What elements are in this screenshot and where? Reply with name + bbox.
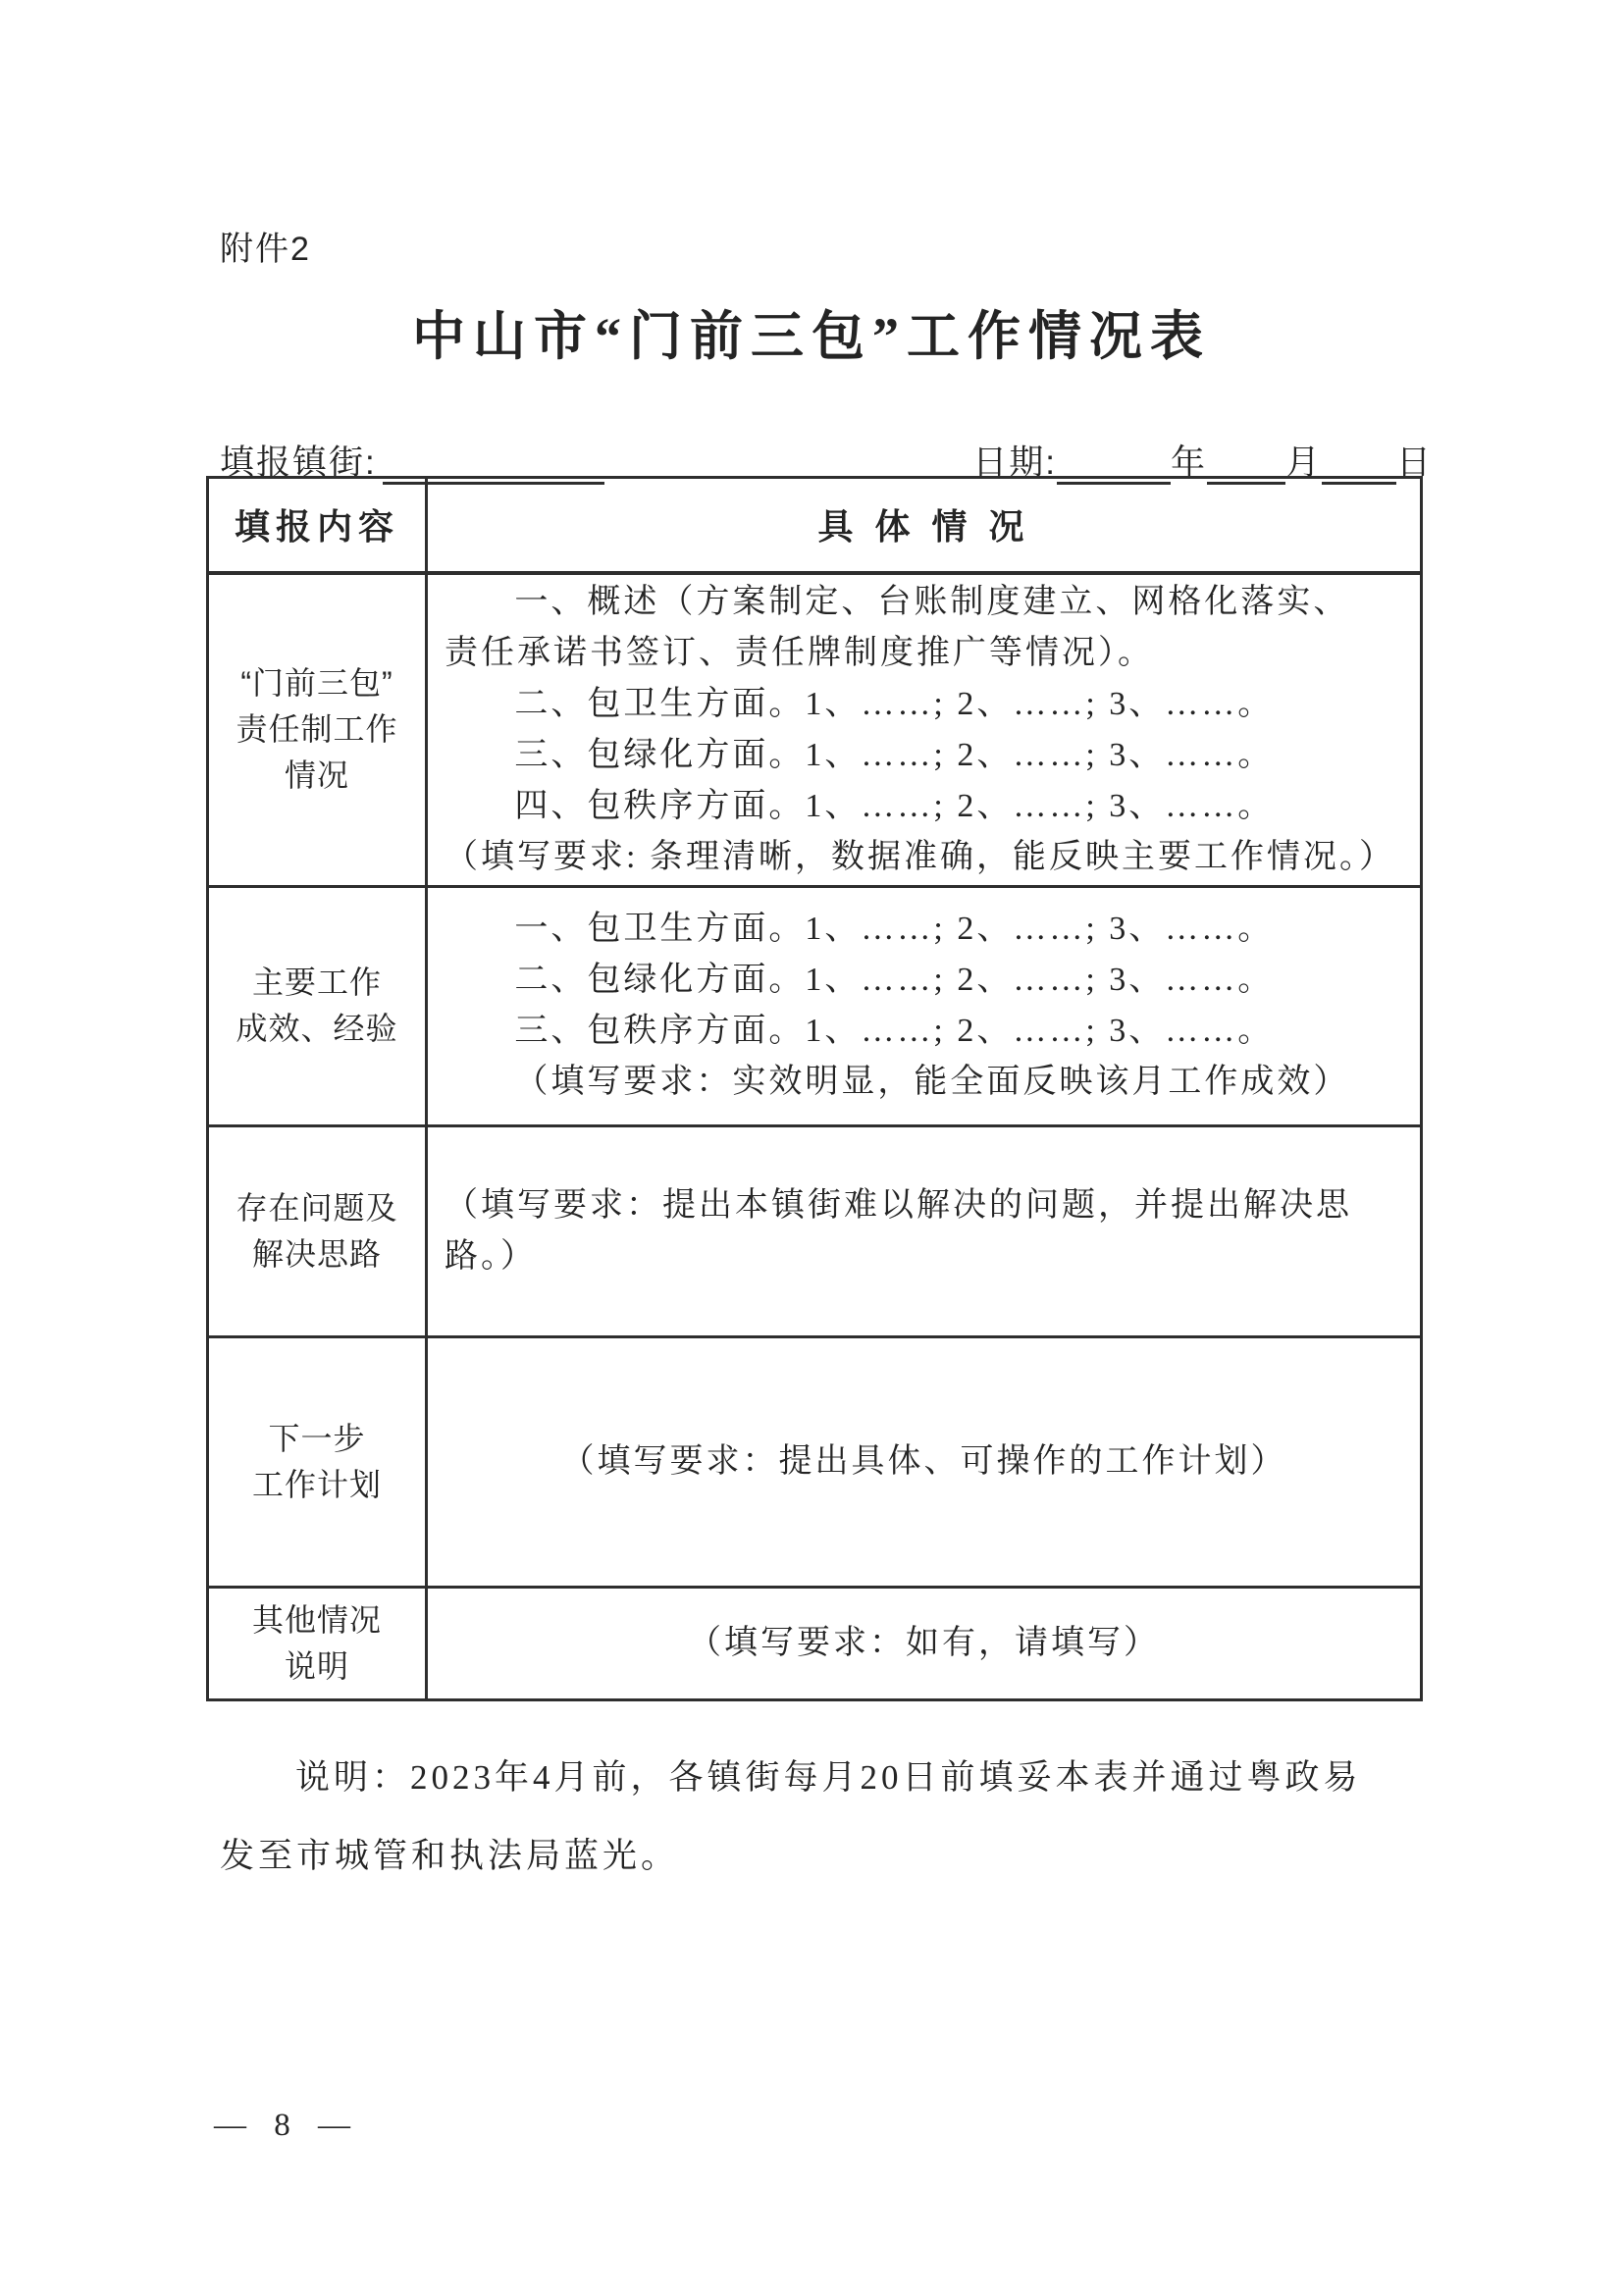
content-line: 二、包卫生方面。1、……; 2、……; 3、……。: [445, 679, 1403, 730]
row-label-line: 解决思路: [215, 1231, 419, 1278]
table-row-problems: 存在问题及 解决思路 （填写要求：提出本镇街难以解决的问题，并提出解决思 路。）: [208, 1125, 1422, 1336]
row-label-line: 责任制工作: [215, 706, 419, 753]
content-line: （填写要求：实效明显，能全面反映该月工作成效）: [445, 1057, 1403, 1108]
footnote-line-1: 说明：2023年4月前，各镇街每月20日前填妥本表并通过粤政易: [220, 1739, 1456, 1817]
content-line: 四、包秩序方面。1、……; 2、……; 3、……。: [445, 781, 1403, 832]
table-row-achievements: 主要工作 成效、经验 一、包卫生方面。1、……; 2、……; 3、……。 二、包…: [208, 886, 1422, 1125]
row-label-line: 工作计划: [215, 1462, 419, 1508]
content-line: （填写要求：如有，请填写）: [445, 1618, 1403, 1669]
row-label-line: 成效、经验: [215, 1006, 419, 1052]
row-label-line: 说明: [215, 1644, 419, 1690]
row-label-cell: “门前三包” 责任制工作 情况: [208, 573, 427, 887]
row-content-cell: （填写要求：如有，请填写）: [427, 1587, 1422, 1699]
content-line: （填写要求：提出具体、可操作的工作计划）: [445, 1436, 1403, 1487]
footnote-line-2: 发至市城管和执法局蓝光。: [220, 1817, 1456, 1896]
content-line: 三、包绿化方面。1、……; 2、……; 3、……。: [445, 730, 1403, 781]
content-line: （填写要求: 条理清晰，数据准确，能反映主要工作情况。）: [445, 832, 1403, 883]
content-line: 一、包卫生方面。1、……; 2、……; 3、……。: [445, 904, 1403, 955]
table-row-responsibility: “门前三包” 责任制工作 情况 一、概述（方案制定、台账制度建立、网格化落实、 …: [208, 573, 1422, 887]
row-label-line: 下一步: [215, 1416, 419, 1462]
row-label-cell: 存在问题及 解决思路: [208, 1125, 427, 1336]
row-content-cell: （填写要求：提出具体、可操作的工作计划）: [427, 1336, 1422, 1587]
row-label-line: 其他情况: [215, 1597, 419, 1644]
document-page: 附件2 中山市“门前三包”工作情况表 填报镇街: 日期: 年 月 日 填报内容 …: [0, 0, 1623, 2296]
content-line: 路。）: [445, 1231, 1403, 1282]
page-number: — 8 —: [214, 2108, 360, 2144]
row-label-cell: 其他情况 说明: [208, 1587, 427, 1699]
table-row-next-steps: 下一步 工作计划 （填写要求：提出具体、可操作的工作计划）: [208, 1336, 1422, 1587]
row-label-line: “门前三包”: [215, 660, 419, 706]
row-content-cell: 一、包卫生方面。1、……; 2、……; 3、……。 二、包绿化方面。1、……; …: [427, 886, 1422, 1125]
content-line: 责任承诺书签订、责任牌制度推广等情况）。: [445, 628, 1403, 679]
page-title: 中山市“门前三包”工作情况表: [0, 294, 1623, 370]
attachment-label: 附件2: [220, 222, 311, 270]
row-label-line: 情况: [215, 753, 419, 799]
table-header-row: 填报内容 具 体 情 况: [208, 478, 1422, 573]
content-line: 三、包秩序方面。1、……; 2、……; 3、……。: [445, 1006, 1403, 1057]
row-label-cell: 下一步 工作计划: [208, 1336, 427, 1587]
content-line: 二、包绿化方面。1、……; 2、……; 3、……。: [445, 955, 1403, 1006]
row-label-line: 主要工作: [215, 960, 419, 1006]
row-content-cell: 一、概述（方案制定、台账制度建立、网格化落实、 责任承诺书签订、责任牌制度推广等…: [427, 573, 1422, 887]
row-content-cell: （填写要求：提出本镇街难以解决的问题，并提出解决思 路。）: [427, 1125, 1422, 1336]
table-row-other: 其他情况 说明 （填写要求：如有，请填写）: [208, 1587, 1422, 1699]
header-col-content: 填报内容: [208, 478, 427, 573]
row-label-cell: 主要工作 成效、经验: [208, 886, 427, 1125]
row-label-line: 存在问题及: [215, 1185, 419, 1231]
header-col-detail: 具 体 情 况: [427, 478, 1422, 573]
report-table: 填报内容 具 体 情 况 “门前三包” 责任制工作 情况 一、概述（方案制定、台…: [206, 476, 1423, 1701]
footnote: 说明：2023年4月前，各镇街每月20日前填妥本表并通过粤政易 发至市城管和执法…: [220, 1739, 1456, 1896]
content-line: （填写要求：提出本镇街难以解决的问题，并提出解决思: [445, 1180, 1403, 1231]
content-line: 一、概述（方案制定、台账制度建立、网格化落实、: [445, 577, 1403, 628]
